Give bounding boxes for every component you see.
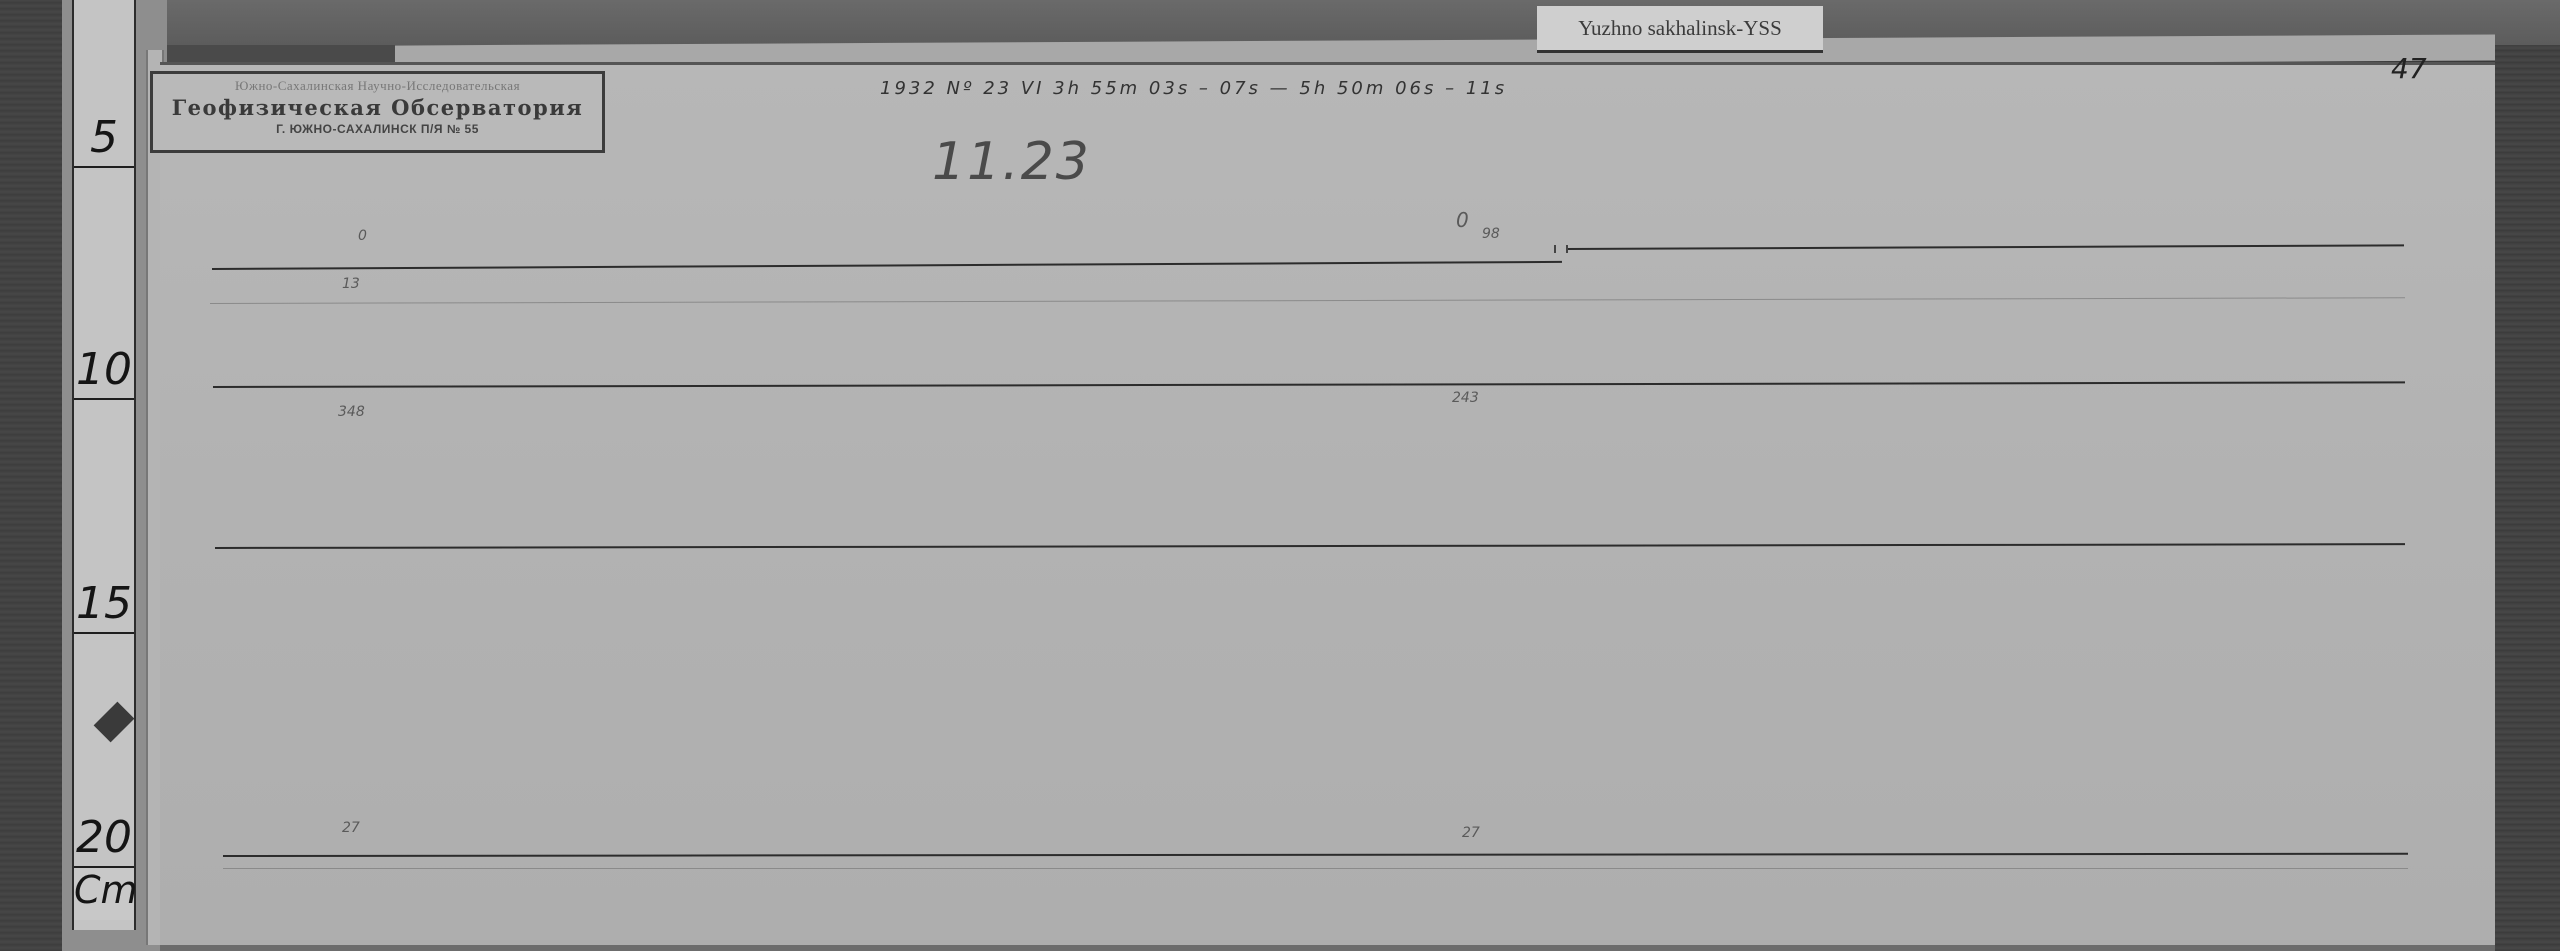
backdrop-right <box>2495 0 2560 951</box>
scale-ruler: 5 10 15 20 Cm <box>72 0 136 930</box>
trace-label: 0 <box>1456 208 1469 232</box>
time-mark <box>1554 245 1568 253</box>
stamp-line-1: Южно-Сахалинская Научно-Исследовательска… <box>153 78 602 94</box>
trace-label: 243 <box>1452 390 1479 406</box>
ruler-mark-5: 5 <box>74 0 134 168</box>
seismogram-sheet <box>160 62 2495 951</box>
page-number: 47 <box>2391 52 2427 85</box>
trace-label: 13 <box>342 276 360 292</box>
ruler-unit: Cm <box>74 868 134 920</box>
baseline-4 <box>223 868 2408 869</box>
ruler-mark-10: 10 <box>74 168 134 400</box>
header-note: 1932 Nº 23 VI 3h 55m 03s – 07s — 5h 50m … <box>880 78 1507 99</box>
ruler-mark-20: 20 <box>74 634 134 868</box>
trace-label: 98 <box>1482 226 1500 242</box>
backdrop-left <box>0 0 62 951</box>
observatory-stamp: Южно-Сахалинская Научно-Исследовательска… <box>150 71 605 153</box>
stamp-line-3: Г. ЮЖНО-САХАЛИНСК П/Я № 55 <box>153 122 602 136</box>
ruler-mark-15: 15 <box>74 400 134 634</box>
trace-label: 27 <box>342 820 360 836</box>
trace-label: 0 <box>358 228 367 244</box>
stamp-line-2: Геофизическая Обсерватория <box>153 95 602 120</box>
archive-label: Yuzhno sakhalinsk-YSS <box>1537 6 1823 53</box>
trace-label: 348 <box>338 404 365 420</box>
trace-label: 27 <box>1462 825 1480 841</box>
record-number: 11.23 <box>932 132 1091 192</box>
